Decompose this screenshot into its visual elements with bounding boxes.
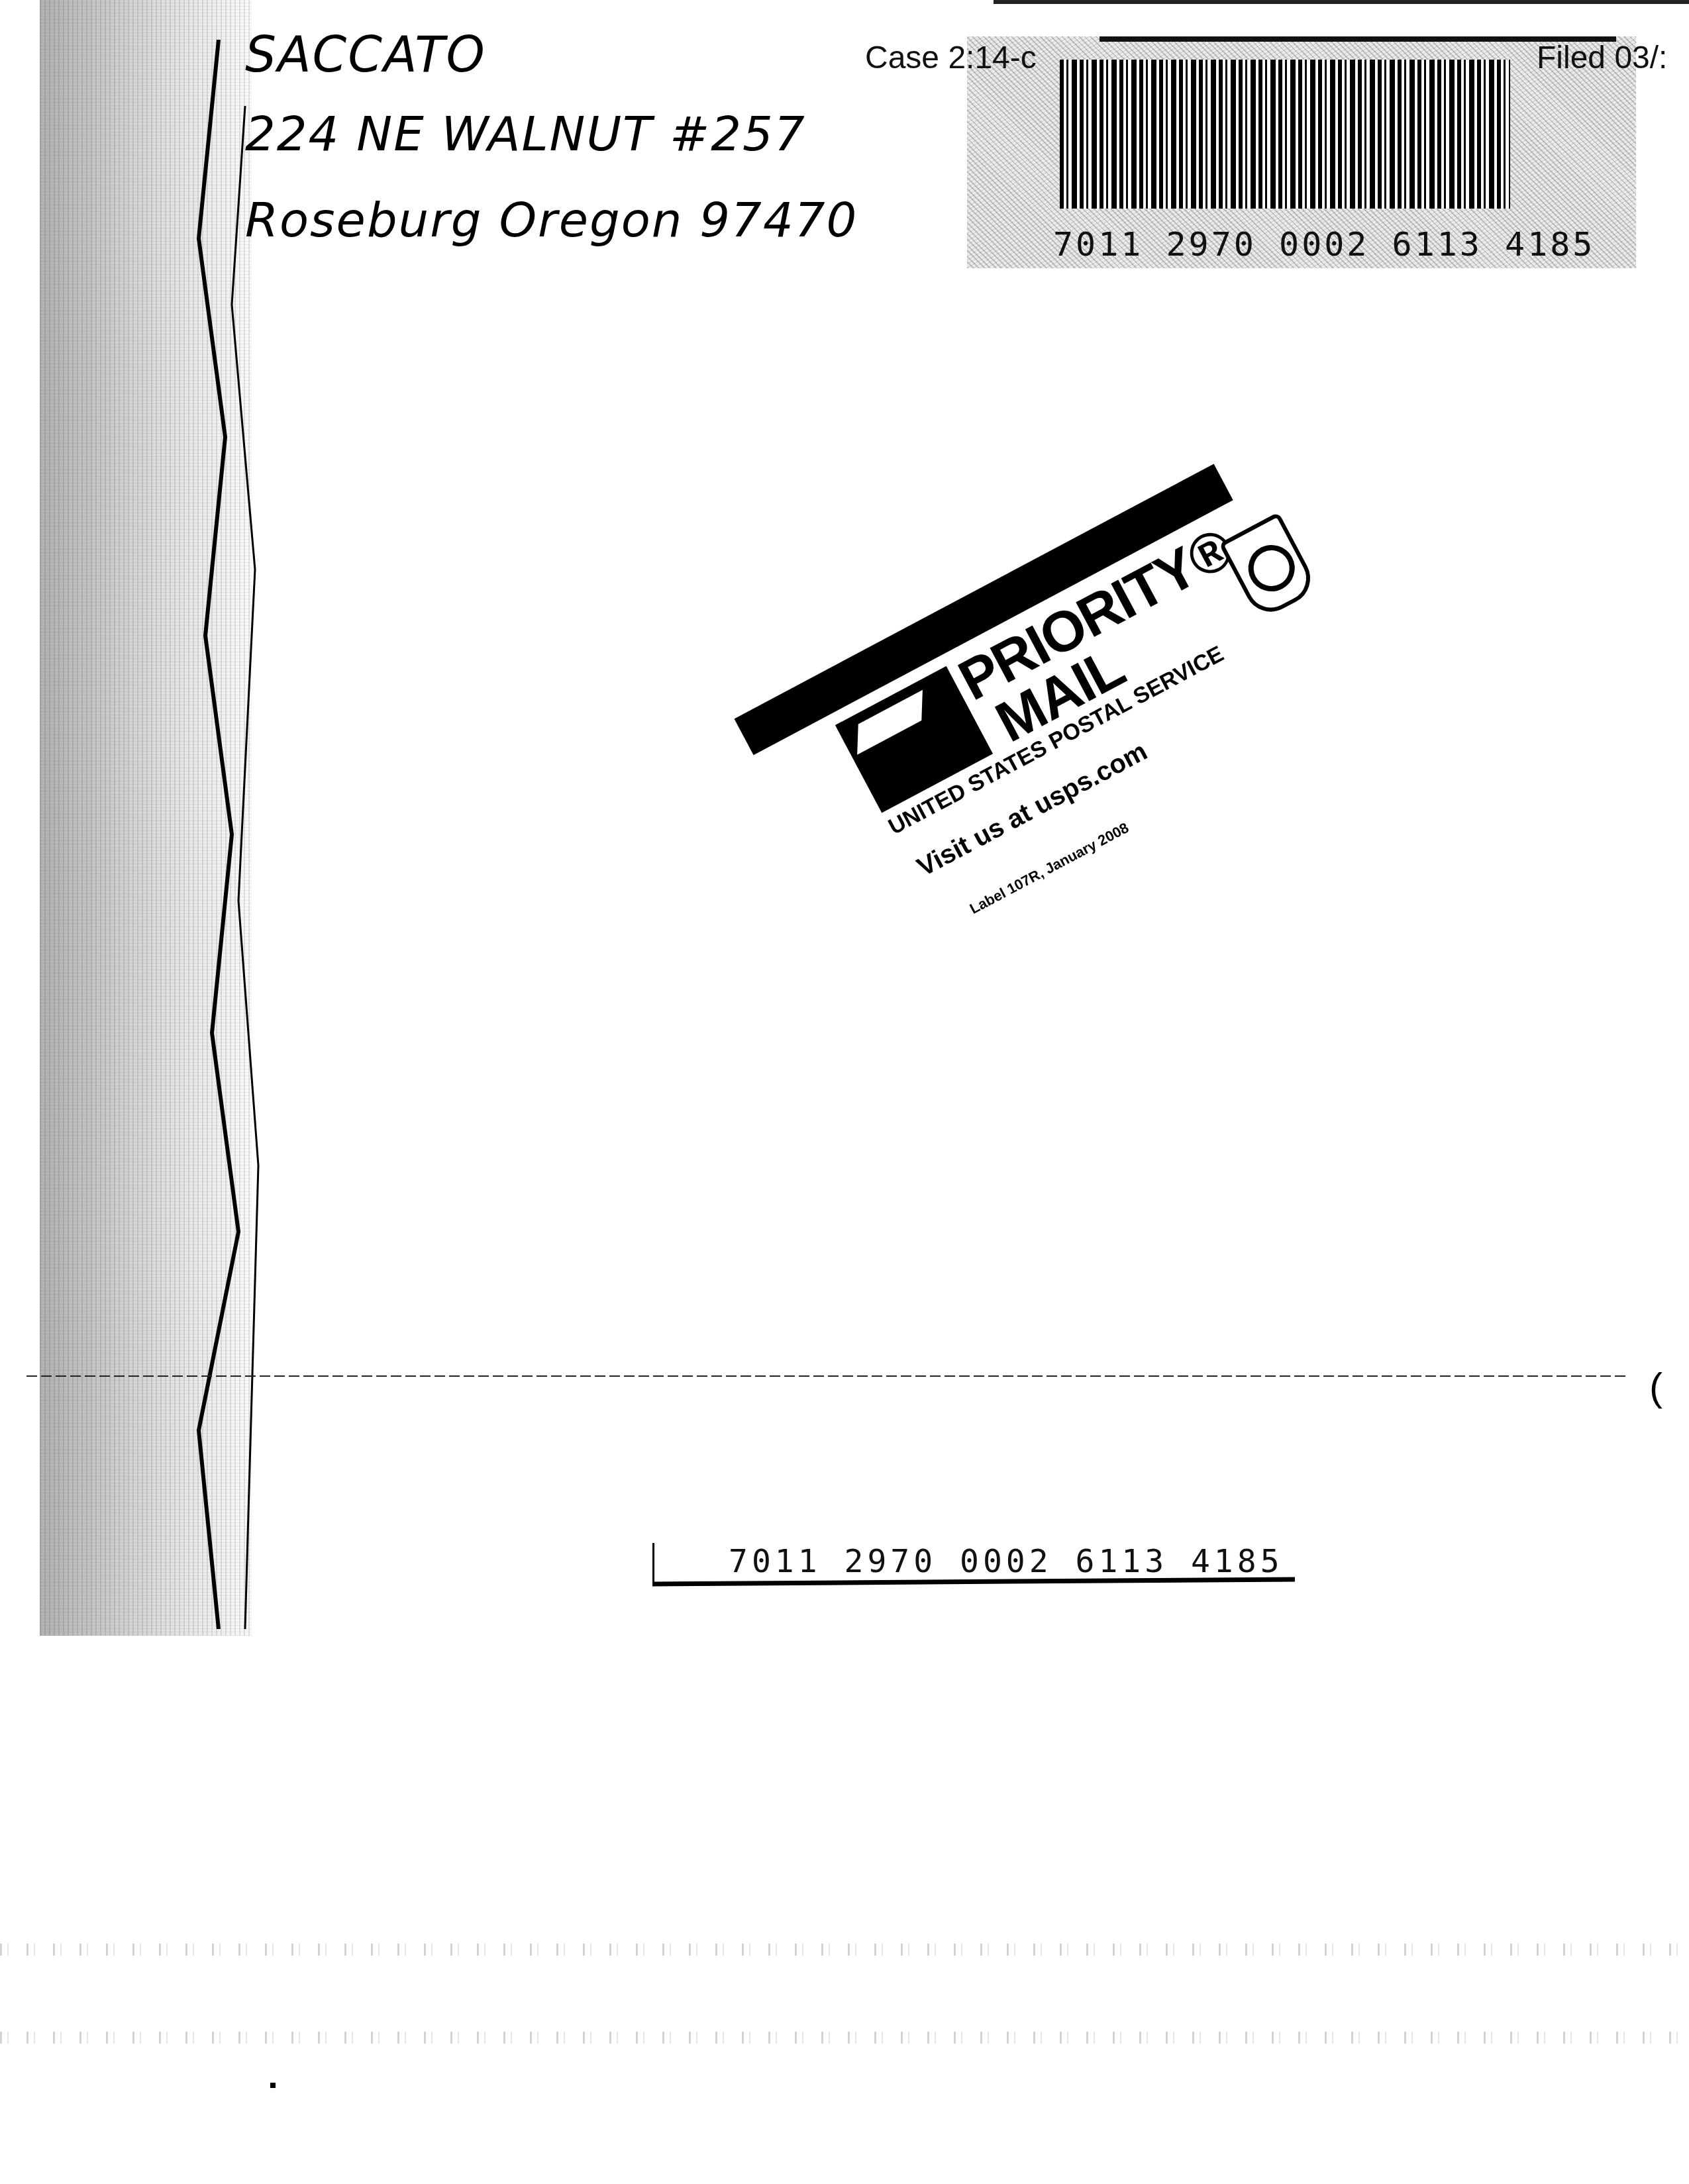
torn-envelope-edge <box>192 40 272 1629</box>
filed-date-text: Filed 03/: <box>1537 40 1667 76</box>
priority-mail-label: PRIORITY® MAIL UNITED STATES POSTAL SERV… <box>662 321 1304 897</box>
scan-noise-row <box>0 1944 1689 1956</box>
scan-speck <box>270 2083 276 2088</box>
court-filing-header: Case 2:14-c Filed 03/: <box>865 40 1037 76</box>
bottom-tracking-number: 7011 2970 0002 6113 4185 <box>729 1543 1284 1580</box>
barcode-icon <box>1060 60 1510 209</box>
envelope-fold-line <box>26 1375 1629 1377</box>
barcode-tracking-number: 7011 2970 0002 6113 4185 <box>1053 225 1595 264</box>
tracking-bracket <box>652 1543 654 1583</box>
case-number-text: Case 2:14-c <box>865 40 1037 75</box>
return-address-name: SACCATO <box>245 26 486 83</box>
return-address-city: Roseburg Oregon 97470 <box>245 192 858 248</box>
return-address-street: 224 NE WALNUT #257 <box>245 106 806 162</box>
scan-noise-row <box>0 2032 1689 2044</box>
margin-mark: ( <box>1649 1364 1663 1410</box>
top-rule <box>994 0 1689 4</box>
